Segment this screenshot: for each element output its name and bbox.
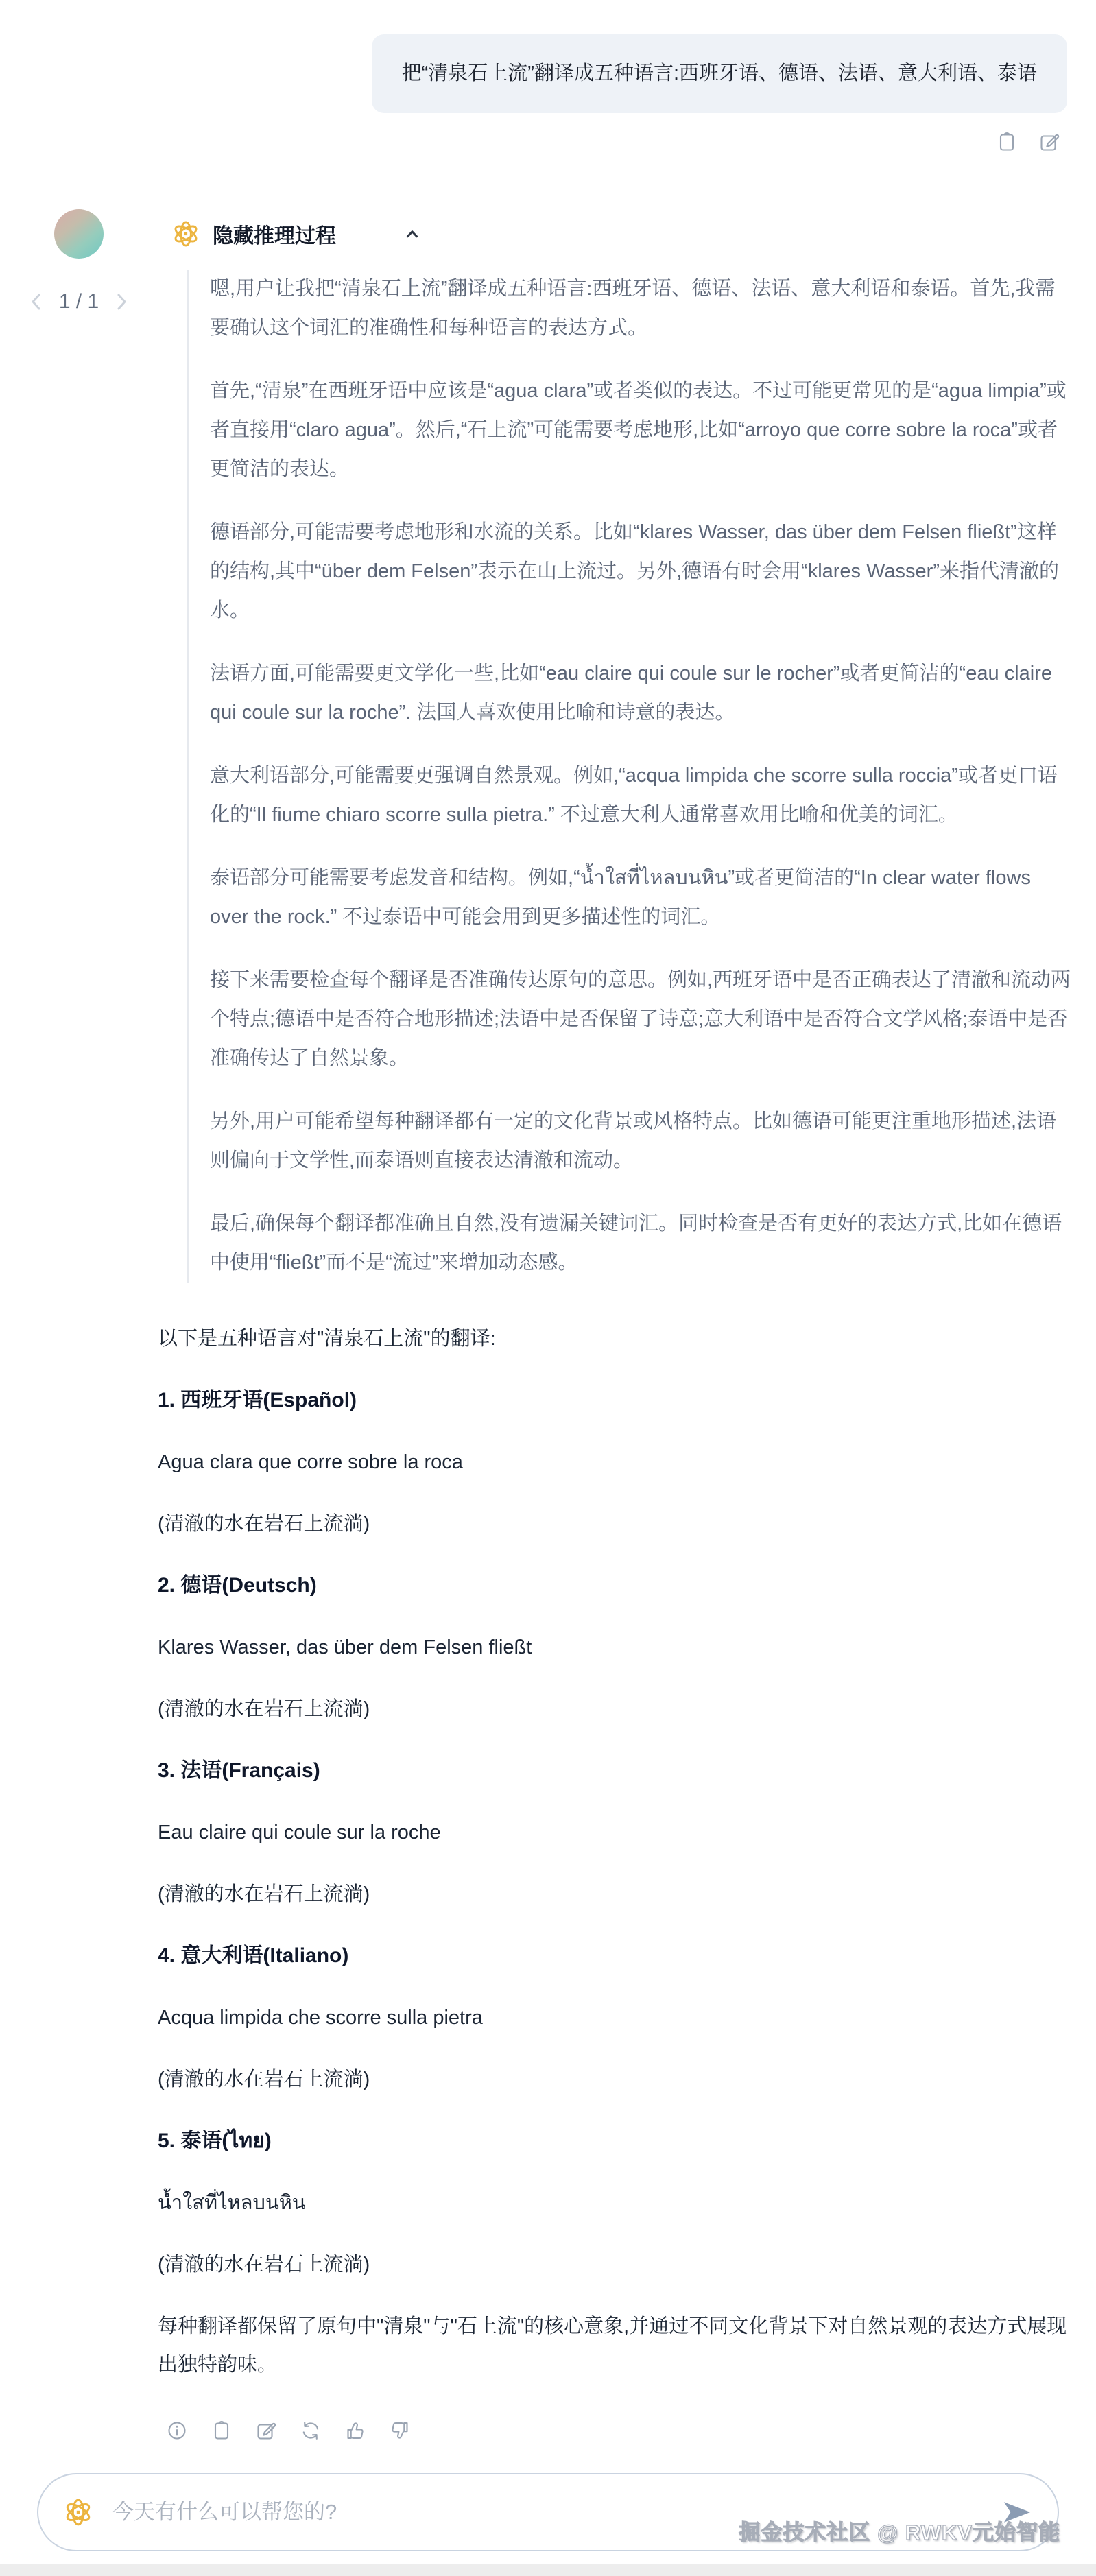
translation-note: (清澈的水在岩石上流淌) bbox=[158, 1505, 1071, 1543]
pagination-label: 1 / 1 bbox=[59, 290, 99, 313]
section-heading-spanish: 1. 西班牙语(Español) bbox=[158, 1381, 1071, 1420]
atom-logo-icon bbox=[63, 2497, 93, 2527]
assistant-meta-column: 1 / 1 bbox=[0, 191, 158, 2442]
copy-icon[interactable] bbox=[996, 131, 1018, 153]
chevron-right-icon[interactable] bbox=[114, 292, 129, 311]
translation-german: Klares Wasser, das über dem Felsen fließ… bbox=[158, 1628, 1071, 1667]
reasoning-toggle-label[interactable]: 隐藏推理过程 bbox=[213, 219, 336, 249]
translation-french: Eau claire qui coule sur la roche bbox=[158, 1813, 1071, 1852]
reasoning-paragraph: 泰语部分可能需要考虑发音和结构。例如,“น้ำใสที่ไหลบนหิน”或者更… bbox=[210, 859, 1071, 937]
assistant-avatar bbox=[54, 209, 104, 259]
chevron-up-icon[interactable] bbox=[402, 224, 422, 244]
reasoning-paragraph: 意大利语部分,可能需要更强调自然景观。例如,“acqua limpida che… bbox=[210, 756, 1071, 835]
translation-italian: Acqua limpida che scorre sulla pietra bbox=[158, 1999, 1071, 2037]
thumbs-down-icon[interactable] bbox=[389, 2420, 411, 2442]
reasoning-paragraph: 另外,用户可能希望每种翻译都有一定的文化背景或风格特点。比如德语可能更注重地形描… bbox=[210, 1102, 1071, 1180]
user-message-actions bbox=[0, 113, 1096, 153]
user-message-bubble: 把“清泉石上流”翻译成五种语言:西班牙语、德语、法语、意大利语、泰语 bbox=[372, 34, 1067, 113]
section-heading-french: 3. 法语(Français) bbox=[158, 1752, 1071, 1790]
translation-note: (清澈的水在岩石上流淌) bbox=[158, 1875, 1071, 1913]
translation-note: (清澈的水在岩石上流淌) bbox=[158, 2245, 1071, 2284]
translation-spanish: Agua clara que corre sobre la roca bbox=[158, 1443, 1071, 1481]
reasoning-toggle[interactable]: 隐藏推理过程 bbox=[171, 219, 1071, 249]
reasoning-paragraph: 接下来需要检查每个翻译是否准确传达原句的意思。例如,西班牙语中是否正确表达了清澈… bbox=[210, 961, 1071, 1078]
copy-icon[interactable] bbox=[211, 2420, 233, 2442]
regenerate-icon[interactable] bbox=[300, 2420, 322, 2442]
translation-note: (清澈的水在岩石上流淌) bbox=[158, 2060, 1071, 2099]
answer-toolbar bbox=[166, 2420, 1071, 2442]
reasoning-paragraph: 首先,“清泉”在西班牙语中应该是“agua clara”或者类似的表达。不过可能… bbox=[210, 372, 1071, 489]
assistant-message: 1 / 1 隐藏推理过程 嗯,用户让我把“清泉石上流”翻译成五种语言:西班牙语、… bbox=[0, 191, 1096, 2442]
reasoning-paragraph: 嗯,用户让我把“清泉石上流”翻译成五种语言:西班牙语、德语、法语、意大利语和泰语… bbox=[210, 270, 1071, 348]
reasoning-paragraph: 最后,确保每个翻译都准确且自然,没有遗漏关键词汇。同时检查是否有更好的表达方式,… bbox=[210, 1204, 1071, 1283]
send-icon bbox=[1001, 2498, 1033, 2527]
message-composer bbox=[37, 2473, 1059, 2551]
atom-logo-icon bbox=[171, 219, 200, 248]
section-heading-german: 2. 德语(Deutsch) bbox=[158, 1566, 1071, 1605]
answer-content: 以下是五种语言对"清泉石上流"的翻译: 1. 西班牙语(Español) Agu… bbox=[158, 1320, 1071, 2384]
thumbs-up-icon[interactable] bbox=[344, 2420, 366, 2442]
chat-input[interactable] bbox=[111, 2499, 1001, 2525]
translation-thai: น้ำใสที่ไหลบนหิน bbox=[158, 2184, 1071, 2222]
section-heading-thai: 5. 泰语(ไทย) bbox=[158, 2122, 1071, 2160]
reasoning-paragraph: 法语方面,可能需要更文学化一些,比如“eau claire qui coule … bbox=[210, 654, 1071, 732]
send-button[interactable] bbox=[1001, 2498, 1033, 2527]
user-message-row: 把“清泉石上流”翻译成五种语言:西班牙语、德语、法语、意大利语、泰语 bbox=[0, 0, 1096, 113]
translation-note: (清澈的水在岩石上流淌) bbox=[158, 1690, 1071, 1728]
edit-icon[interactable] bbox=[1038, 131, 1060, 153]
answer-closing: 每种翻译都保留了原句中"清泉"与"石上流"的核心意象,并通过不同文化背景下对自然… bbox=[158, 2307, 1071, 2384]
reasoning-content: 嗯,用户让我把“清泉石上流”翻译成五种语言:西班牙语、德语、法语、意大利语和泰语… bbox=[187, 270, 1071, 1283]
chevron-left-icon[interactable] bbox=[29, 292, 44, 311]
assistant-message-body: 隐藏推理过程 嗯,用户让我把“清泉石上流”翻译成五种语言:西班牙语、德语、法语、… bbox=[158, 191, 1096, 2442]
bottom-edge-strip bbox=[0, 2564, 1096, 2576]
response-pagination: 1 / 1 bbox=[29, 290, 129, 313]
user-message-text: 把“清泉石上流”翻译成五种语言:西班牙语、德语、法语、意大利语、泰语 bbox=[402, 62, 1037, 84]
section-heading-italian: 4. 意大利语(Italiano) bbox=[158, 1937, 1071, 1975]
edit-icon[interactable] bbox=[255, 2420, 277, 2442]
reasoning-paragraph: 德语部分,可能需要考虑地形和水流的关系。比如“klares Wasser, da… bbox=[210, 513, 1071, 630]
info-icon[interactable] bbox=[166, 2420, 188, 2442]
answer-intro: 以下是五种语言对"清泉石上流"的翻译: bbox=[158, 1320, 1071, 1358]
chat-page: 把“清泉石上流”翻译成五种语言:西班牙语、德语、法语、意大利语、泰语 1 / 1 bbox=[0, 0, 1096, 2576]
